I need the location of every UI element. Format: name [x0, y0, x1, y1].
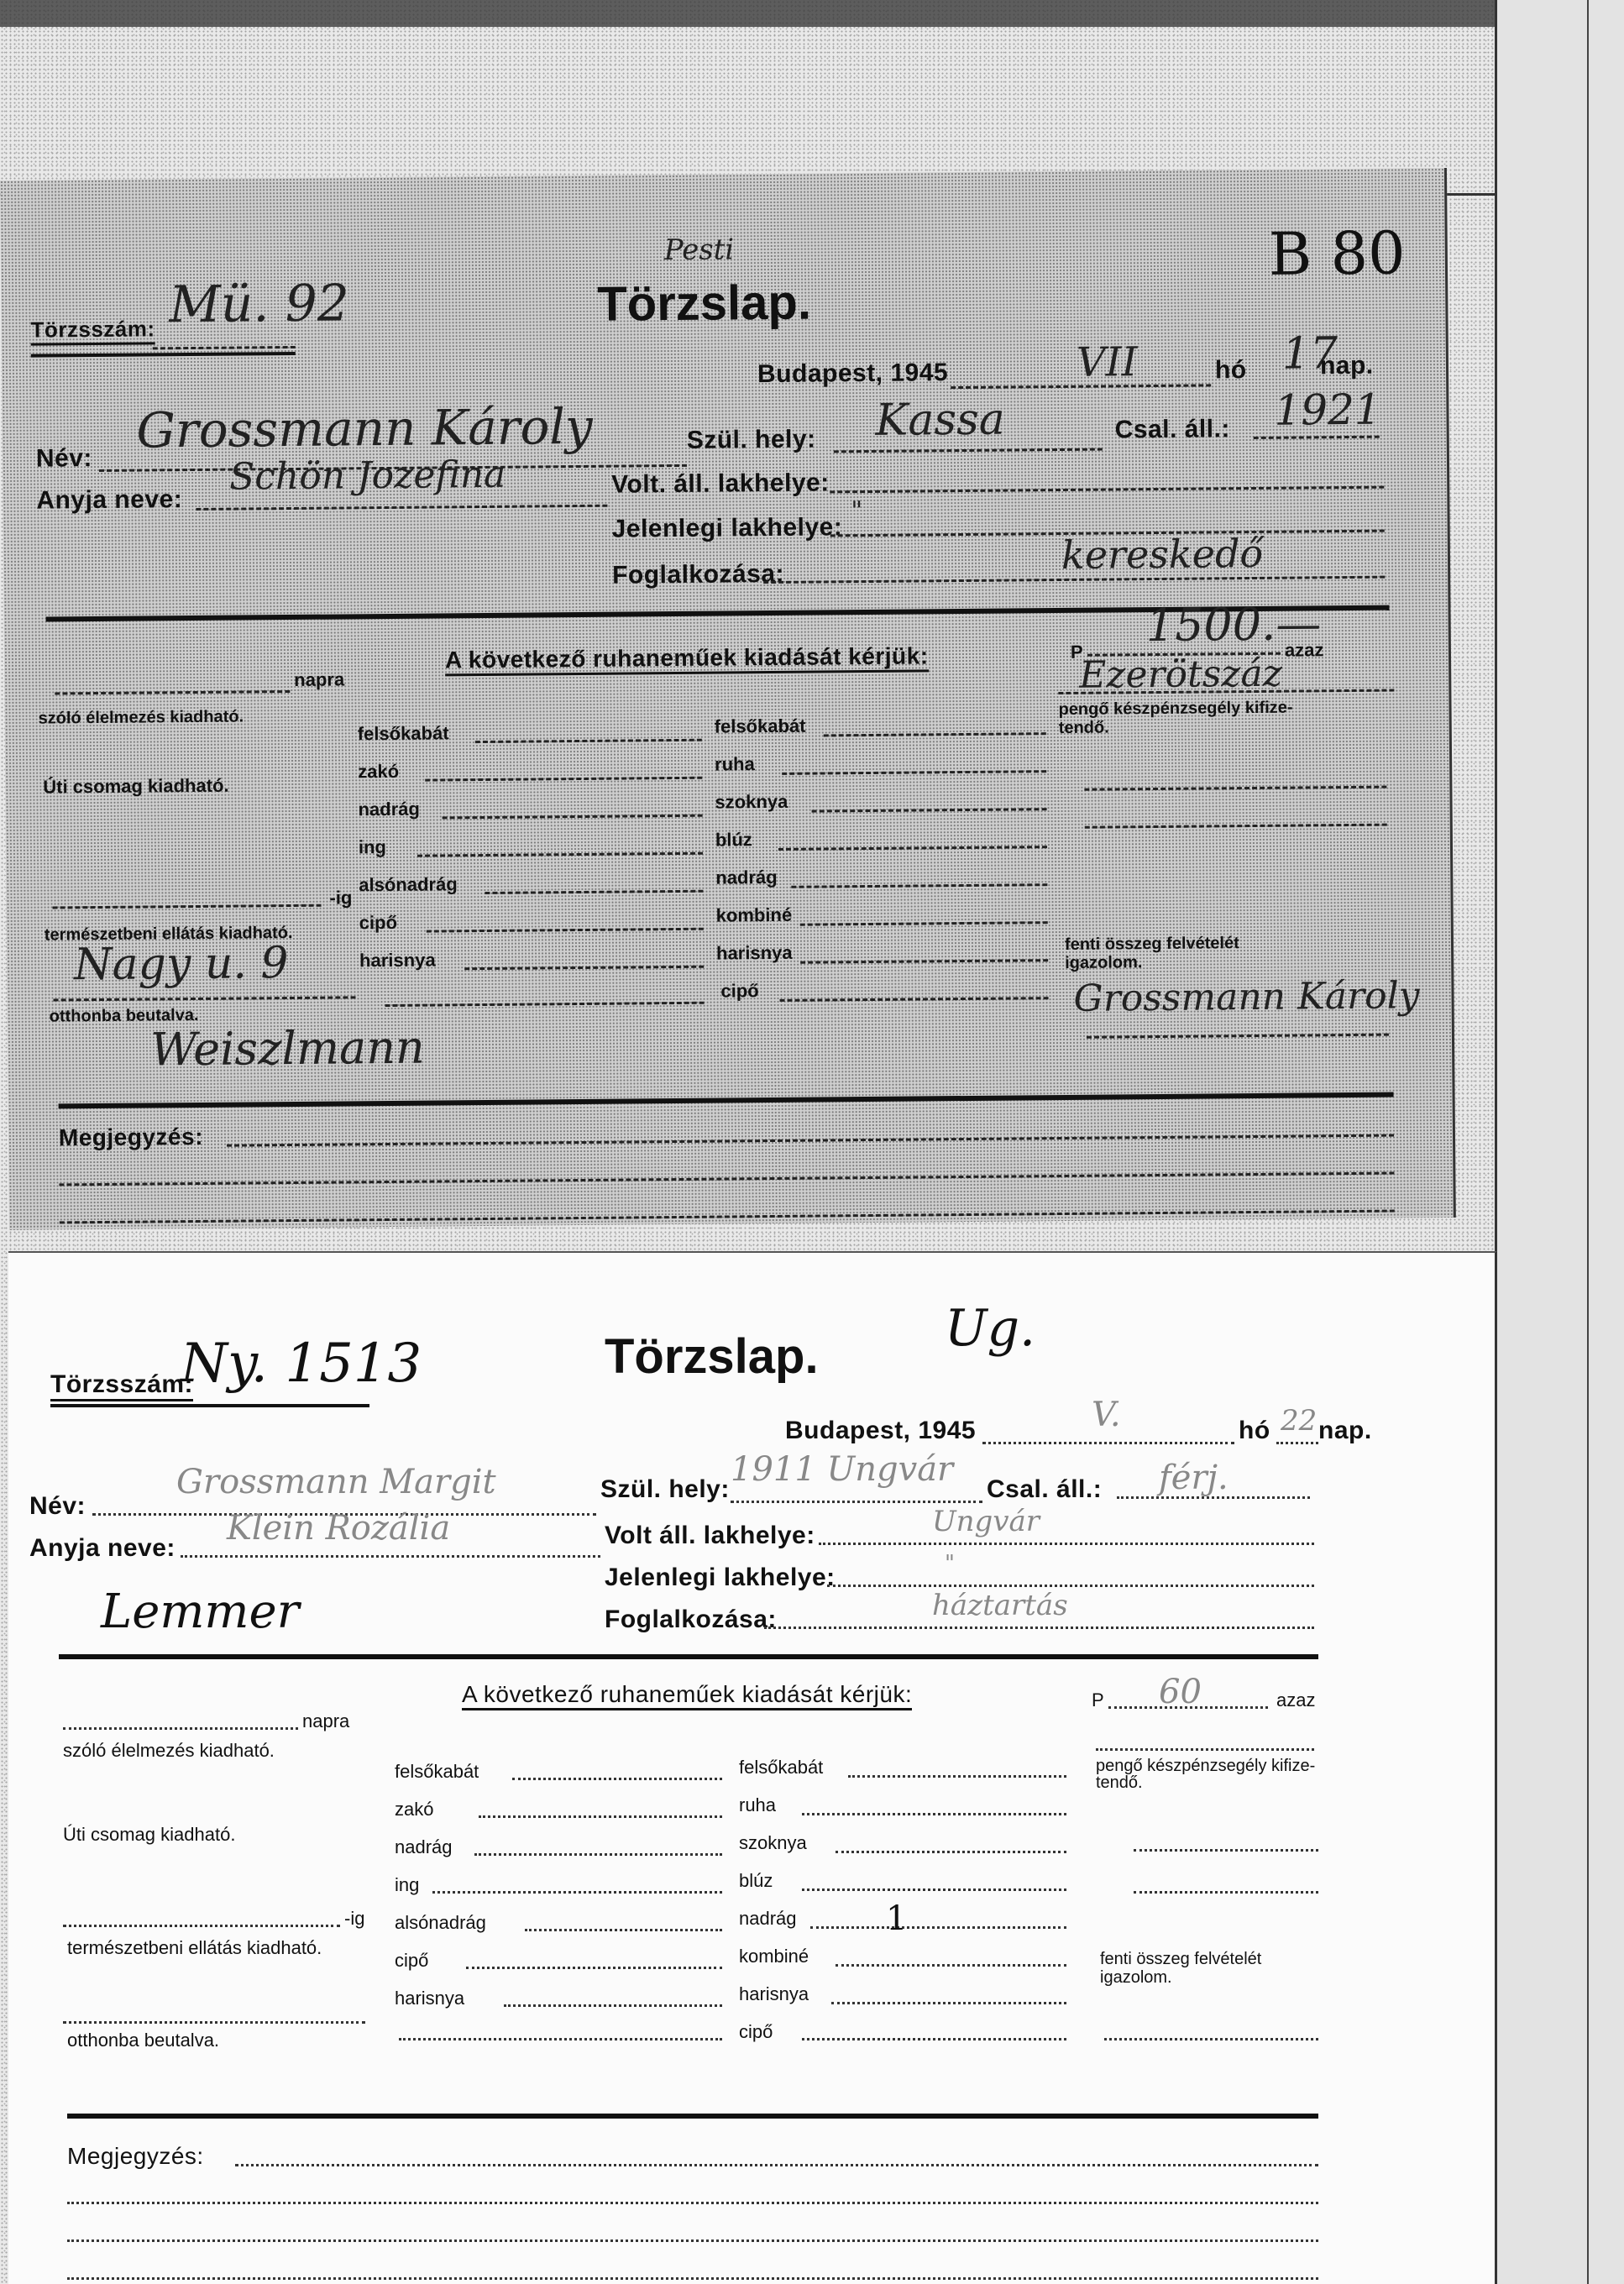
card-2-foglalkozasa-value: háztartás	[932, 1589, 1068, 1622]
card-1-volt-lakhelye-label: Volt. áll. lakhelye:	[611, 469, 830, 499]
card-2-nev-value: Grossmann Margit	[176, 1463, 496, 1501]
card-2-anyja-neve-label: Anyja neve:	[29, 1534, 175, 1563]
card-2-anyja-neve-value: Klein Rozália	[227, 1509, 450, 1548]
card-2-nadrag-mark: 1	[886, 1899, 907, 1938]
card-2-szul-hely-line	[731, 1501, 982, 1503]
card-1-women-item-4: nadrág	[715, 867, 778, 889]
card-1-corner-code: B 80	[1268, 218, 1405, 288]
card-1-foglalkozasa-value: kereskedő	[1061, 531, 1264, 578]
card-2-women-item-4: nadrág	[739, 1908, 797, 1930]
card-2-confirm-1: fenti összeg felvételét	[1100, 1950, 1261, 1969]
card-2-women-line	[836, 1964, 1066, 1967]
card-2-men-item-4: alsónadrág	[395, 1912, 486, 1934]
card-2-men-item-6: harisnya	[395, 1988, 464, 2009]
card-1-handwritten-address: Nagy u. 9	[74, 938, 289, 990]
card-1-megjegyzes-label: Megjegyzés:	[59, 1124, 203, 1151]
card-2-torzsszam-underline	[50, 1404, 369, 1407]
card-2-p-label: P	[1092, 1689, 1104, 1711]
card-2-payment-line	[1134, 1891, 1318, 1894]
card-2-women-line	[836, 1851, 1066, 1853]
card-1-nev-value: Grossmann Károly	[136, 398, 593, 459]
card-2-megjegyzes-line	[67, 2239, 1318, 2242]
card-1-pengo-text: pengő készpénzsegély kifize-	[1058, 699, 1292, 720]
card-2-jelenlegi-lakhelye-label: Jelenlegi lakhelye:	[605, 1564, 836, 1592]
card-2-women-line	[848, 1775, 1066, 1778]
card-1-men-item-3: ing	[359, 836, 386, 858]
card-2-megjegyzes-line	[235, 2164, 1318, 2166]
card-2-azaz-label: azaz	[1276, 1689, 1315, 1711]
card-2-foglalkozasa-label: Foglalkozása:	[605, 1606, 777, 1634]
card-2-signature-line	[1104, 2038, 1318, 2040]
card-1-month-value: VII	[1077, 338, 1138, 386]
card-1-torzsszam-value: Mü. 92	[169, 274, 349, 334]
card-2-men-line	[474, 1853, 722, 1856]
card-2-date-prefix: Budapest, 1945	[785, 1417, 976, 1445]
card-1-men-item-2: nadrág	[358, 799, 420, 821]
card-2-termeszetbeni-label: természetbeni ellátás kiadható.	[67, 1937, 322, 1959]
card-2-men-item-2: nadrág	[395, 1836, 453, 1858]
card-2-amount-words-line	[1096, 1748, 1314, 1751]
card-1-men-item-0: felsőkabát	[358, 722, 449, 745]
card-2-megjegyzes-label: Megjegyzés:	[67, 2143, 204, 2170]
card-2-pengo-text-2: tendő.	[1096, 1773, 1143, 1793]
card-1-women-item-3: blúz	[715, 829, 752, 851]
card-1-foglalkozasa-label: Foglalkozása:	[612, 560, 784, 590]
card-2-torzsszam-label: Törzsszám:	[50, 1370, 193, 1401]
card-2-szul-hely-label: Szül. hely:	[600, 1475, 730, 1504]
card-2-men-line	[432, 1891, 722, 1894]
right-card-stack	[1495, 0, 1624, 2284]
card-2-women-line	[831, 2002, 1066, 2004]
card-2-month-value: V.	[1092, 1396, 1121, 1434]
card-2-clothing-heading: A következő ruhaneműek kiadását kérjük:	[462, 1681, 912, 1710]
card-2-otthonba-label: otthonba beutalva.	[67, 2030, 219, 2051]
card-2-women-item-1: ruha	[739, 1794, 776, 1816]
card-2-volt-lakhelye-value: Ungvár	[932, 1505, 1040, 1538]
card-2-napra-line	[63, 1727, 298, 1730]
card-2-csal-all-label: Csal. áll.:	[987, 1475, 1102, 1504]
card-1-azaz-label: azaz	[1285, 639, 1324, 661]
card-2-volt-lakhelye-label: Volt áll. lakhelye:	[605, 1522, 815, 1550]
card-2-confirm-2: igazolom.	[1100, 1968, 1172, 1988]
card-2-men-item-3: ing	[395, 1874, 419, 1896]
card-1-women-item-6: harisnya	[716, 942, 793, 965]
card-1-top-annotation: Pesti	[664, 233, 735, 267]
card-2-men-item-1: zakó	[395, 1799, 433, 1820]
card-2-jelenlegi-lakhelye-line	[827, 1585, 1314, 1587]
card-2-header-divider	[59, 1654, 1318, 1659]
card-2-side-note: Lemmer	[101, 1585, 299, 1639]
card-1-women-item-0: felsőkabát	[715, 715, 806, 738]
card-2-women-line	[810, 1926, 1066, 1929]
card-1-szul-hely-label: Szül. hely:	[687, 426, 816, 455]
card-2-women-line	[802, 1888, 1066, 1891]
card-1-szul-hely-value: Kassa	[875, 395, 1005, 446]
card-1-confirm-1: fenti összeg felvételét	[1065, 934, 1239, 955]
card-1-ig-label: -ig	[329, 887, 352, 909]
card-2-month-label: hó	[1239, 1417, 1270, 1445]
card-1-men-item-4: alsónadrág	[359, 873, 458, 896]
card-2-women-item-2: szoknya	[739, 1832, 807, 1854]
card-1-pengo-text-2: tendő.	[1059, 718, 1109, 738]
card-2-jelenlegi-lakhelye-value: "	[945, 1551, 955, 1576]
card-1-clothing-heading: A következő ruhaneműek kiadását kérjük:	[445, 642, 929, 676]
card-1-women-item-2: szoknya	[715, 791, 788, 814]
card-2-corner-mark: Ug.	[945, 1299, 1035, 1358]
card-1-anyja-neve-value: Schön Jozefina	[229, 453, 506, 499]
card-2-day-value: 22	[1281, 1404, 1317, 1438]
right-card-edge-line	[1587, 0, 1589, 2284]
card-1-title: Törzslap.	[597, 275, 811, 333]
card-1-day-label: nap.	[1320, 352, 1374, 381]
card-1-confirm-2: igazolom.	[1065, 953, 1142, 973]
card-2-csal-all-value: férj.	[1159, 1459, 1228, 1497]
card-1-payment-signature: Grossmann Károly	[1073, 974, 1419, 1020]
torzslap-card-2: Törzsszám: Ny. 1513 Törzslap. Ug. Budape…	[8, 1251, 1497, 2284]
card-1-women-item-5: kombiné	[716, 904, 793, 927]
card-2-torzsszam-value: Ny. 1513	[181, 1333, 422, 1395]
card-2-men-line	[466, 1967, 722, 1969]
card-2-men-line	[399, 2038, 722, 2040]
card-2-women-line	[802, 2038, 1066, 2040]
card-1-csal-all-label: Csal. áll.:	[1114, 415, 1230, 444]
card-2-day-line	[1276, 1442, 1318, 1444]
card-1-anyja-neve-label: Anyja neve:	[36, 485, 182, 516]
card-1-left-signature: Weiszlmann	[150, 1021, 425, 1077]
card-1-women-item-1: ruha	[715, 753, 755, 775]
card-2-szul-hely-value: 1911 Ungvár	[731, 1450, 953, 1489]
card-1-elelmezes-label: szóló élelmezés kiadható.	[38, 707, 244, 728]
card-2-women-line	[802, 1813, 1066, 1815]
card-2-megjegyzes-line	[67, 2277, 1318, 2280]
card-2-uti-csomag-label: Úti csomag kiadható.	[63, 1824, 235, 1846]
torzslap-card-1: Pesti B 80 Törzsszám: Mü. 92 Törzslap. B…	[0, 168, 1456, 1230]
card-2-megjegyzes-line	[67, 2202, 1318, 2204]
card-2-men-line	[525, 1929, 722, 1931]
card-2-anyja-neve-line	[181, 1555, 600, 1558]
card-1-torzsszam-label: Törzsszám:	[30, 316, 155, 345]
card-2-title: Törzslap.	[605, 1328, 819, 1385]
card-2-nev-label: Név:	[29, 1492, 86, 1521]
card-2-men-item-0: felsőkabát	[395, 1761, 479, 1783]
card-2-footer-divider	[67, 2114, 1318, 2119]
card-2-foglalkozasa-line	[764, 1627, 1314, 1629]
card-2-women-item-0: felsőkabát	[739, 1757, 823, 1778]
card-1-csal-all-value: 1921	[1274, 385, 1381, 435]
card-1-men-item-1: zakó	[358, 761, 399, 783]
card-2-men-line	[504, 2004, 722, 2007]
card-1-uti-csomag-label: Úti csomag kiadható.	[43, 775, 228, 799]
card-1-date-prefix: Budapest, 1945	[757, 359, 948, 389]
card-2-women-item-6: harisnya	[739, 1983, 809, 2005]
card-2-volt-lakhelye-line	[819, 1543, 1314, 1545]
card-2-amount: 60	[1159, 1673, 1202, 1711]
card-2-elelmezes-label: szóló élelmezés kiadható.	[63, 1740, 275, 1762]
card-1-women-item-7: cipő	[720, 980, 758, 1002]
card-1-jelenlegi-lakhelye-label: Jelenlegi lakhelye:	[612, 513, 843, 543]
card-1-month-label: hó	[1215, 356, 1247, 385]
card-2-men-item-5: cipő	[395, 1950, 428, 1972]
card-1-men-item-5: cipő	[359, 912, 397, 934]
card-2-women-item-5: kombiné	[739, 1946, 809, 1967]
card-2-payment-line	[1134, 1849, 1318, 1852]
card-2-napra-label: napra	[302, 1710, 349, 1732]
card-2-men-line	[479, 1815, 722, 1818]
card-2-ig-line	[63, 1925, 340, 1927]
card-1-nev-label: Név:	[36, 444, 92, 474]
card-2-otthonba-line	[63, 2021, 365, 2024]
card-1-jelenlegi-lakhelye-value: "	[851, 496, 862, 526]
card-2-women-item-3: blúz	[739, 1870, 773, 1892]
card-1-men-item-6: harisnya	[359, 950, 436, 972]
scan-top-edge	[0, 0, 1624, 27]
card-2-day-label: nap.	[1318, 1417, 1372, 1445]
card-2-women-item-7: cipő	[739, 2021, 773, 2043]
card-1-napra-label: napra	[294, 668, 344, 691]
card-2-men-line	[512, 1778, 722, 1780]
card-2-ig-label: -ig	[344, 1908, 364, 1930]
card-2-month-line	[982, 1442, 1234, 1444]
